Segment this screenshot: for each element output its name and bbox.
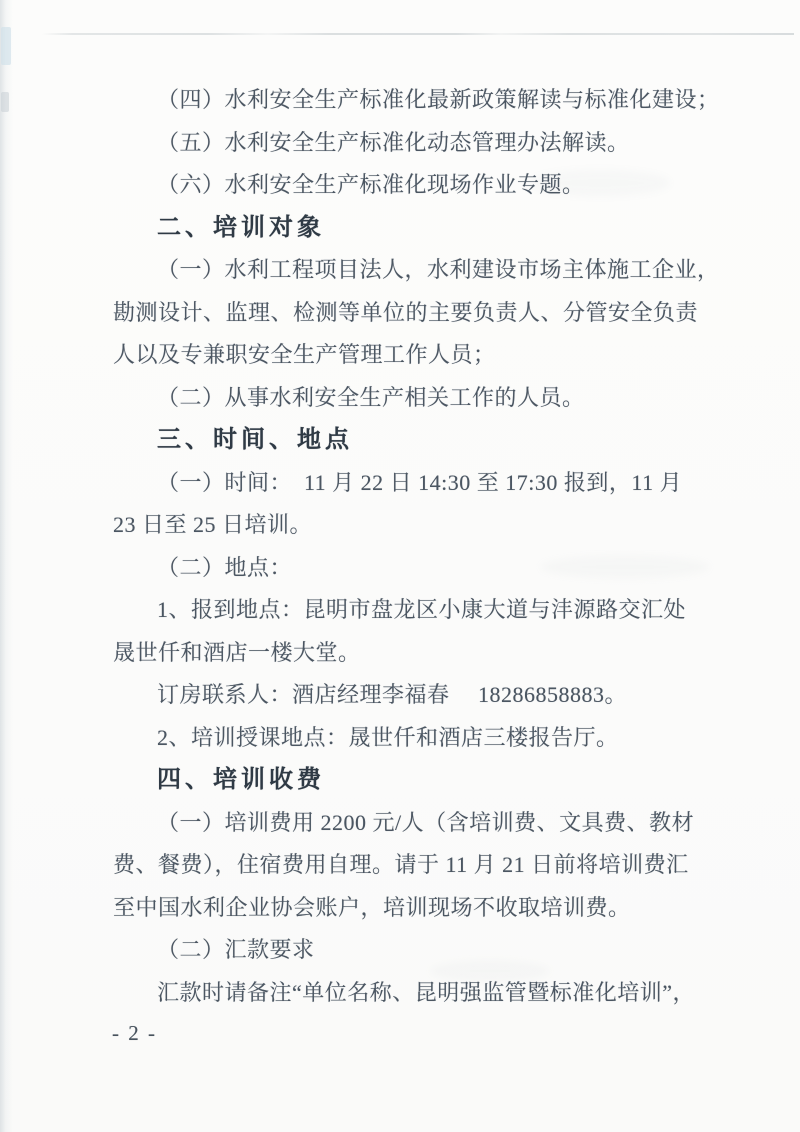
scan-artifact-top-line xyxy=(42,33,794,35)
list-item-topic-4: （四）水利安全生产标准化最新政策解读与标准化建设； xyxy=(113,79,733,122)
scan-artifact-gray-mark xyxy=(1,92,9,112)
heading-training-fee: 四、培训收费 xyxy=(113,759,733,802)
para-training-venue: 2、培训授课地点：晟世仟和酒店三楼报告厅。 xyxy=(113,717,733,760)
para-targets-1-line-1: （一）水利工程项目法人，水利建设市场主体施工企业， xyxy=(113,249,733,292)
list-item-topic-5: （五）水利安全生产标准化动态管理办法解读。 xyxy=(113,122,733,165)
para-remittance-requirements-label: （二）汇款要求 xyxy=(113,929,733,972)
document-body: （四）水利安全生产标准化最新政策解读与标准化建设； （五）水利安全生产标准化动态… xyxy=(113,79,733,1014)
heading-training-targets: 二、培训对象 xyxy=(113,207,733,250)
para-targets-1-line-3: 人以及专兼职安全生产管理工作人员； xyxy=(113,334,733,377)
para-fee-line-3: 至中国水利企业协会账户，培训现场不收取培训费。 xyxy=(113,887,733,930)
para-fee-line-1: （一）培训费用 2200 元/人（含培训费、文具费、教材 xyxy=(113,802,733,845)
para-remittance-note: 汇款时请备注“单位名称、昆明强监管暨标准化培训”， xyxy=(113,972,733,1015)
para-location-label: （二）地点： xyxy=(113,547,733,590)
para-checkin-location-line-2: 晟世仟和酒店一楼大堂。 xyxy=(113,632,733,675)
para-targets-1-line-2: 勘测设计、监理、检测等单位的主要负责人、分管安全负责 xyxy=(113,292,733,335)
para-checkin-location-line-1: 1、报到地点：昆明市盘龙区小康大道与沣源路交汇处 xyxy=(113,589,733,632)
heading-time-location: 三、时间、地点 xyxy=(113,419,733,462)
para-hotel-contact: 订房联系人：酒店经理李福春 18286858883。 xyxy=(113,674,733,717)
scan-artifact-left-edge xyxy=(0,0,13,1132)
list-item-topic-6: （六）水利安全生产标准化现场作业专题。 xyxy=(113,164,733,207)
para-time-line-1: （一）时间： 11 月 22 日 14:30 至 17:30 报到，11 月 xyxy=(113,462,733,505)
para-time-line-2: 23 日至 25 日培训。 xyxy=(113,504,733,547)
scan-artifact-blue-mark xyxy=(1,27,11,65)
scanned-page: （四）水利安全生产标准化最新政策解读与标准化建设； （五）水利安全生产标准化动态… xyxy=(0,0,800,1132)
para-targets-2: （二）从事水利安全生产相关工作的人员。 xyxy=(113,377,733,420)
para-fee-line-2: 费、餐费），住宿费用自理。请于 11 月 21 日前将培训费汇 xyxy=(113,844,733,887)
page-number: - 2 - xyxy=(112,1012,157,1054)
